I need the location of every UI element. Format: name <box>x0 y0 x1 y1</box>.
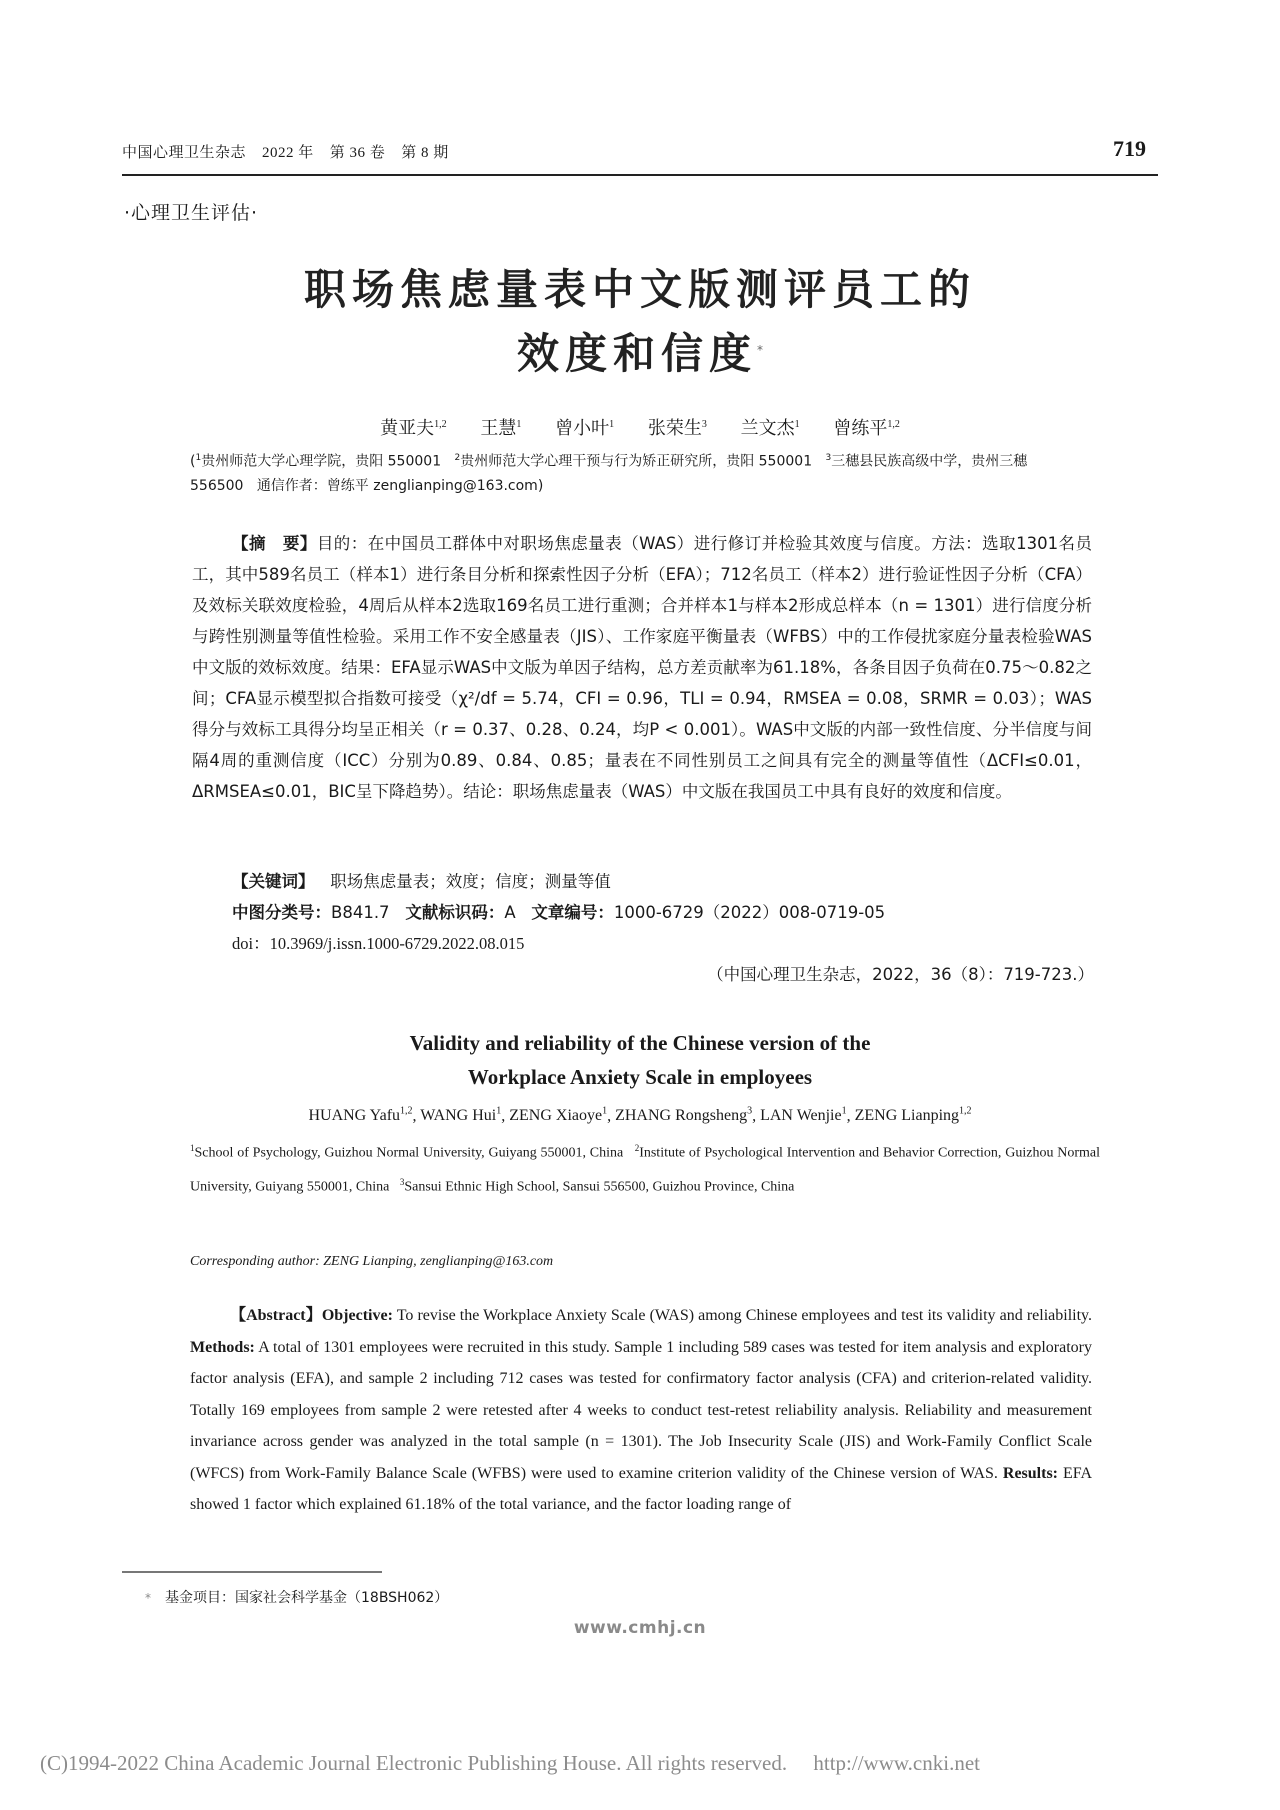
author: 曾小叶1 <box>555 418 614 439</box>
english-affiliations: 1School of Psychology, Guizhou Normal Un… <box>190 1134 1100 1201</box>
english-title-line-2: Workplace Anxiety Scale in employees <box>0 1060 1280 1094</box>
article-number: 1000-6729（2022）008-0719-05 <box>614 903 885 922</box>
running-header: 中国心理卫生杂志2022 年第 36 卷第 8 期 <box>122 141 449 162</box>
keywords: 【关键词】 职场焦虑量表；效度；信度；测量等值 <box>232 868 611 892</box>
chinese-title: 职场焦虑量表中文版测评员工的 效度和信度* <box>0 258 1280 386</box>
abstract-label: 【Abstract】 <box>230 1307 322 1324</box>
corresponding-author: Corresponding author: ZENG Lianping, zen… <box>190 1254 553 1270</box>
keywords-label: 【关键词】 <box>232 872 315 891</box>
affiliation-1: 贵州师范大学心理学院，贵阳 550001 <box>201 454 441 470</box>
document-code: A <box>504 903 515 922</box>
chinese-abstract: 【摘 要】目的：在中国员工群体中对职场焦虑量表（WAS）进行修订并检验其效度与信… <box>192 528 1092 807</box>
corresponding-author: 曾练平 zenglianping@163.com <box>327 478 538 494</box>
author: ZENG Xiaoye1 <box>509 1107 607 1124</box>
author: HUANG Yafu1,2 <box>308 1107 412 1124</box>
author: 黄亚夫1,2 <box>380 418 447 439</box>
doi-value[interactable]: 10.3969/j.issn.1000-6729.2022.08.015 <box>270 934 525 953</box>
chinese-affiliations: (1贵州师范大学心理学院，贵阳 550001 2贵州师范大学心理干预与行为矫正研… <box>190 446 1100 498</box>
author: 王慧1 <box>480 418 521 439</box>
author: ZHANG Rongsheng3 <box>615 1107 752 1124</box>
journal-volume: 第 36 卷 <box>330 145 386 161</box>
classification-line: 中图分类号：B841.7 文献标识码：A 文章编号：1000-6729（2022… <box>232 899 885 923</box>
corresponding-label: 通信作者： <box>257 478 327 494</box>
author: WANG Hui1 <box>420 1107 501 1124</box>
doi-line: doi：10.3969/j.issn.1000-6729.2022.08.015 <box>232 930 524 954</box>
english-title-line-1: Validity and reliability of the Chinese … <box>0 1026 1280 1060</box>
english-abstract: 【Abstract】Objective: To revise the Workp… <box>190 1300 1092 1521</box>
keywords-text: 职场焦虑量表；效度；信度；测量等值 <box>330 872 611 891</box>
citation: （中国心理卫生杂志，2022，36（8）：719-723.） <box>707 961 1094 985</box>
section-label: ·心理卫生评估· <box>124 198 258 225</box>
footnote-text: 基金项目：国家社会科学基金（18BSH062） <box>165 1590 448 1606</box>
chinese-author-list: 黄亚夫1,2 王慧1 曾小叶1 张荣生3 兰文杰1 曾练平1,2 <box>0 414 1280 440</box>
journal-name: 中国心理卫生杂志 <box>122 143 246 161</box>
author: LAN Wenjie1 <box>760 1107 847 1124</box>
journal-website-watermark: www.cmhj.cn <box>0 1618 1280 1638</box>
author: 张荣生3 <box>648 418 707 439</box>
author: ZENG Lianping1,2 <box>855 1107 972 1124</box>
journal-year: 2022 年 <box>262 145 314 161</box>
abstract-text: 目的：在中国员工群体中对职场焦虑量表（WAS）进行修订并检验其效度与信度。方法：… <box>192 534 1092 801</box>
title-footnote-mark: * <box>757 343 763 357</box>
footnote-rule <box>122 1571 382 1573</box>
chinese-title-line-1: 职场焦虑量表中文版测评员工的 <box>0 258 1280 322</box>
copyright-notice: (C)1994-2022 China Academic Journal Elec… <box>40 1747 980 1777</box>
affiliation-3: Sansui Ethnic High School, Sansui 556500… <box>404 1179 794 1194</box>
abstract-label: 【摘 要】 <box>232 534 317 553</box>
clc-code: B841.7 <box>331 903 390 922</box>
footnote-mark: * <box>145 1591 151 1605</box>
author: 兰文杰1 <box>741 418 800 439</box>
author: 曾练平1,2 <box>833 418 900 439</box>
chinese-title-line-2: 效度和信度* <box>0 322 1280 386</box>
english-title: Validity and reliability of the Chinese … <box>0 1026 1280 1094</box>
funding-footnote: *基金项目：国家社会科学基金（18BSH062） <box>145 1587 448 1607</box>
journal-issue: 第 8 期 <box>401 145 449 161</box>
english-author-list: HUANG Yafu1,2, WANG Hui1, ZENG Xiaoye1, … <box>0 1106 1280 1125</box>
header-rule <box>122 174 1158 176</box>
affiliation-1: School of Psychology, Guizhou Normal Uni… <box>195 1146 624 1161</box>
affiliation-2: 贵州师范大学心理干预与行为矫正研究所，贵阳 550001 <box>460 454 812 470</box>
page-number: 719 <box>1113 136 1146 162</box>
